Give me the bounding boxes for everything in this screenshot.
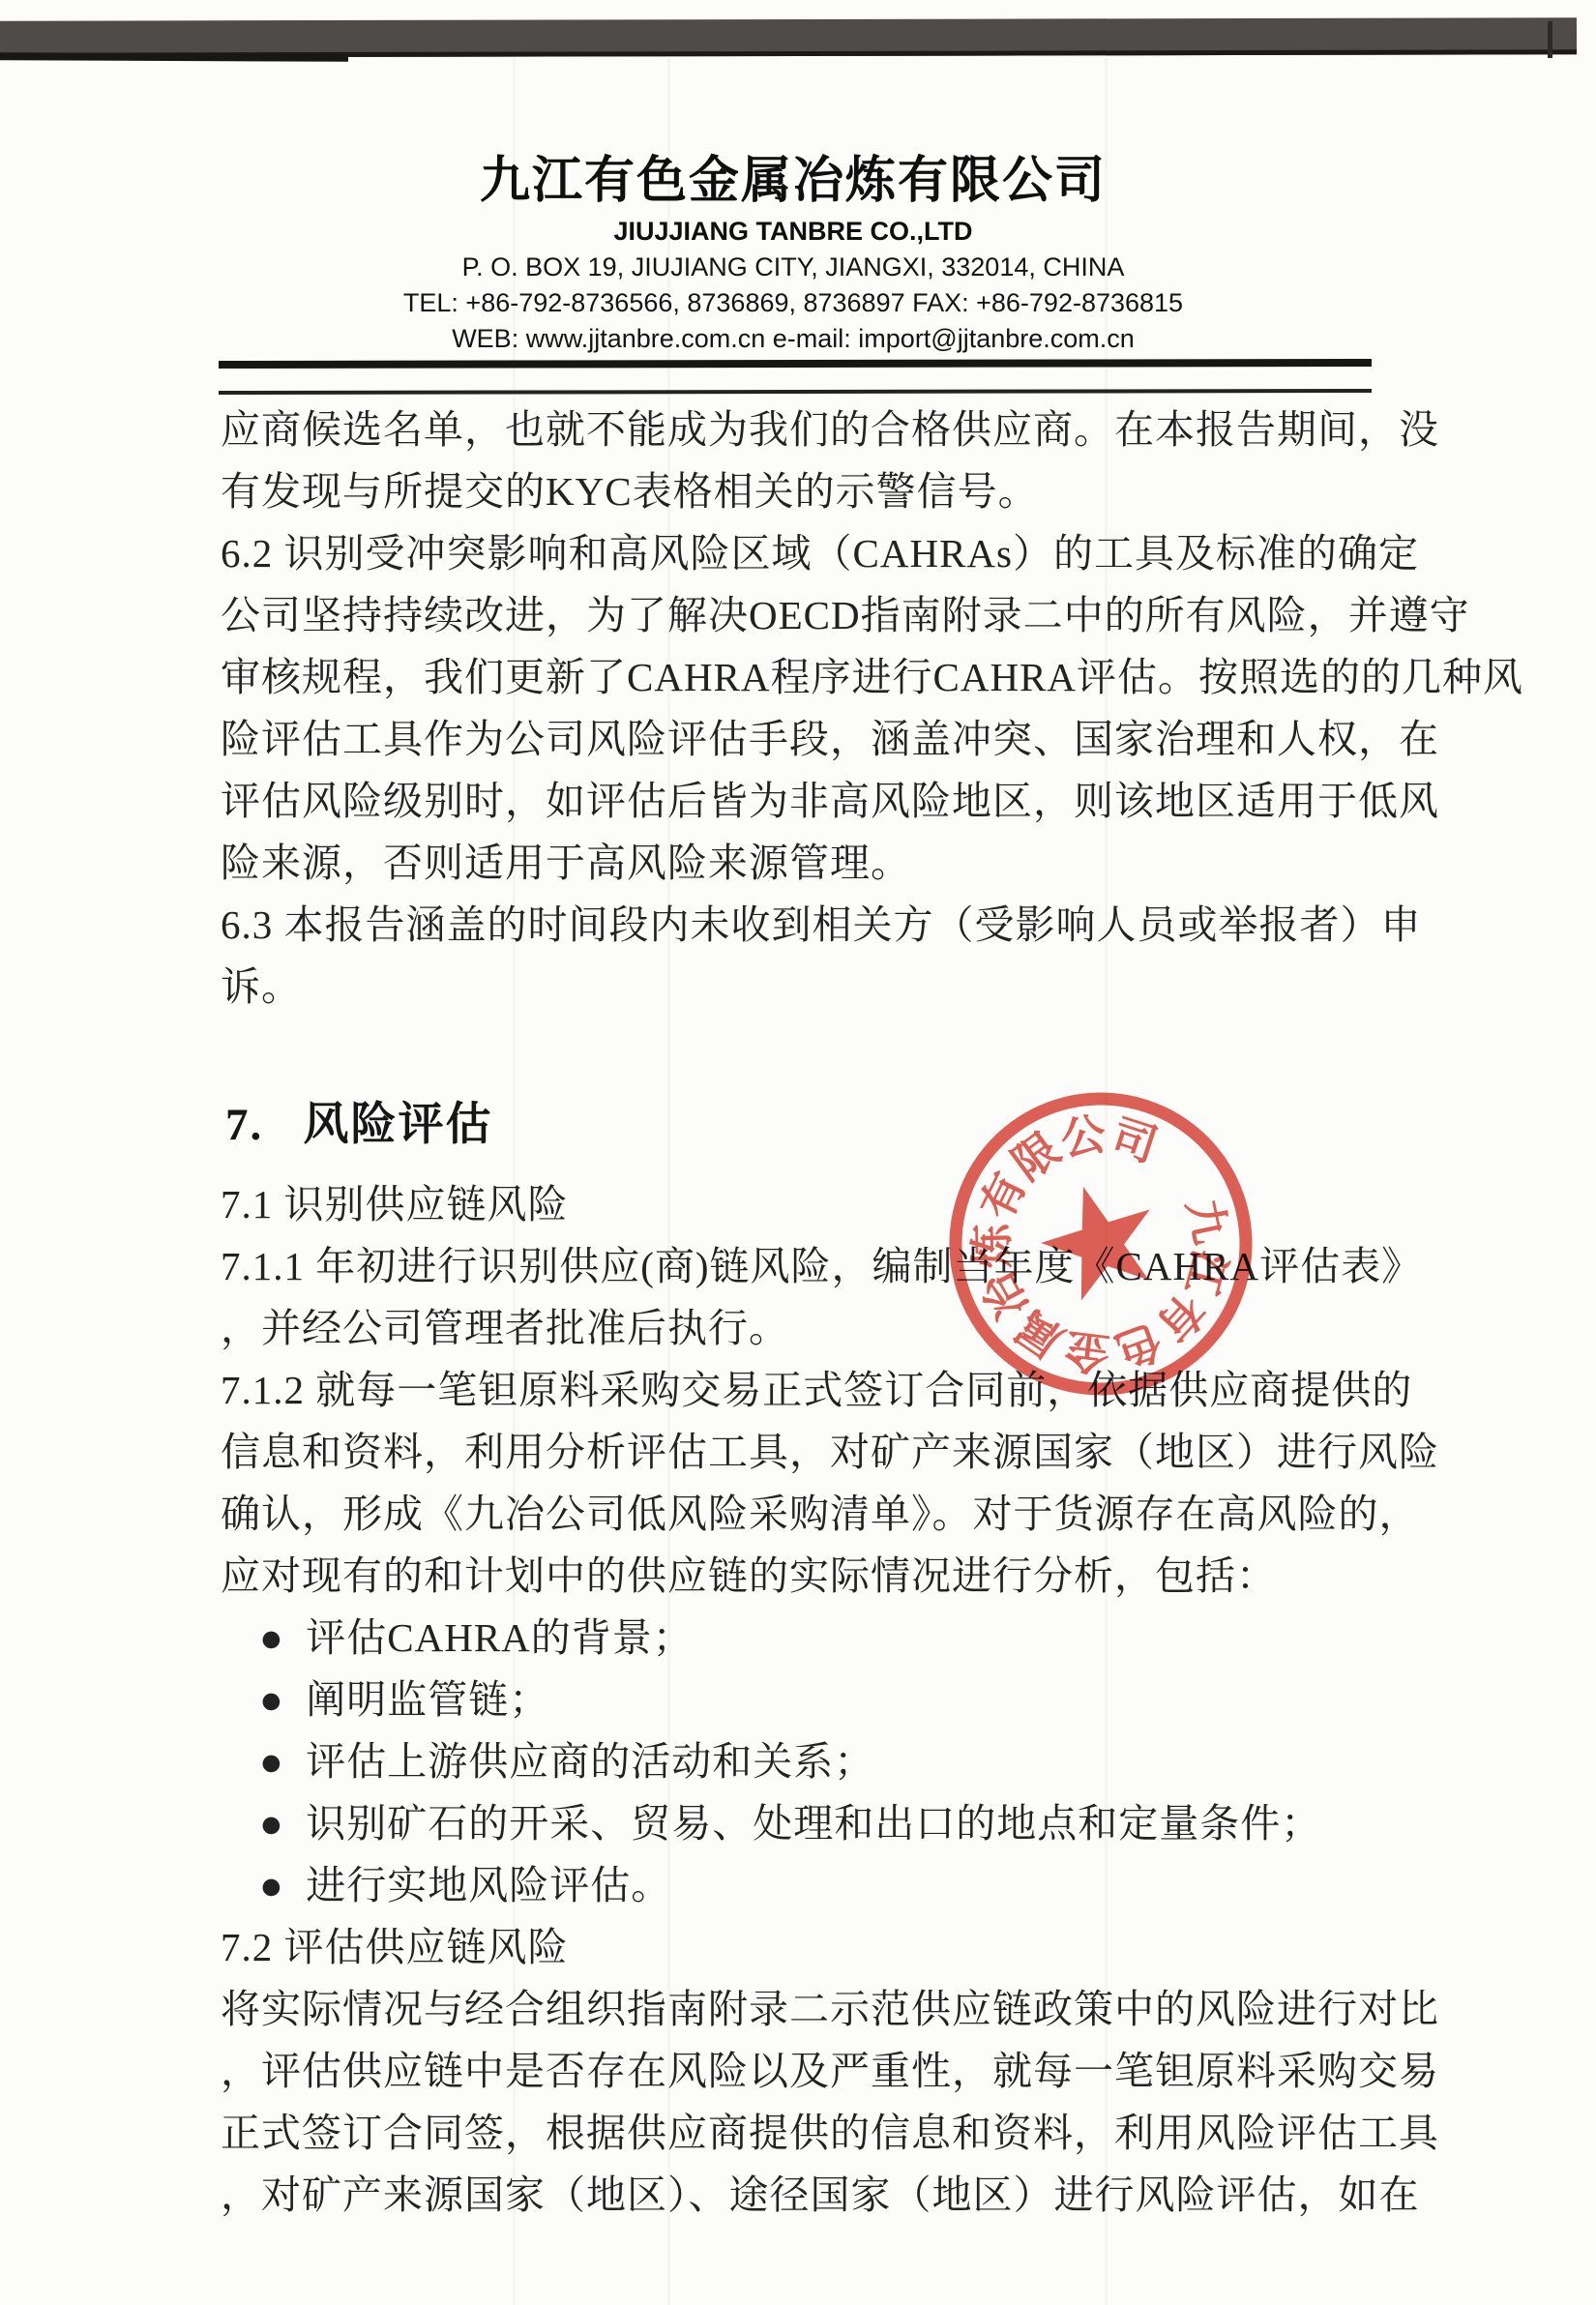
scan-fold-streak bbox=[1105, 58, 1108, 2305]
company-address: P. O. BOX 19, JIUJIANG CITY, JIANGXI, 33… bbox=[164, 250, 1422, 285]
text-line: 险评估工具作为公司风险评估手段，涵盖冲突、国家治理和人权，在 bbox=[221, 708, 1439, 770]
company-phone-fax: TEL: +86-792-8736566, 8736869, 8736897 F… bbox=[164, 285, 1422, 321]
seal-ring-character: 公 bbox=[1057, 1109, 1109, 1166]
text-line: 应对现有的和计划中的供应链的实际情况进行分析，包括： bbox=[221, 1545, 1277, 1607]
company-web-email: WEB: www.jjtanbre.com.cn e-mail: import@… bbox=[164, 321, 1422, 357]
text-line: 信息和资料，利用分析评估工具，对矿产来源国家（地区）进行风险 bbox=[221, 1421, 1439, 1483]
text-line: 应商候选名单，也就不能成为我们的合格供应商。在本报告期间，没 bbox=[221, 399, 1439, 460]
letterhead: 九江有色金属冶炼有限公司 JIUJJIANG TANBRE CO.,LTD P.… bbox=[164, 153, 1422, 357]
seal-ring-character: 司 bbox=[1106, 1110, 1164, 1171]
text-line: 正式签订合同签，根据供应商提供的信息和资料，利用风险评估工具 bbox=[221, 2102, 1439, 2164]
bullet-list-item: ● 阐明监管链； bbox=[259, 1669, 549, 1730]
text-line: 确认，形成《九冶公司低风险采购清单》。对于货源存在高风险的， bbox=[221, 1483, 1420, 1545]
section-heading: 7. 风险评估 bbox=[225, 1094, 493, 1156]
bullet-list-item: ● 评估上游供应商的活动和关系； bbox=[259, 1730, 874, 1792]
text-line: 诉。 bbox=[221, 956, 302, 1018]
text-line: ，评估供应链中是否存在风险以及严重性，就每一笔钽原料采购交易 bbox=[221, 2040, 1439, 2102]
text-line: 审核规程，我们更新了CAHRA程序进行CAHRA评估。按照选的的几种风 bbox=[221, 646, 1523, 708]
bullet-list-item: ● 评估CAHRA的背景； bbox=[259, 1607, 694, 1669]
text-line: 7.1 识别供应链风险 bbox=[221, 1173, 569, 1235]
text-line: 6.2 识别受冲突影响和高风险区域（CAHRAs）的工具及标准的确定 bbox=[221, 522, 1419, 584]
text-line: 6.3 本报告涵盖的时间段内未收到相关方（受影响人员或举报者）申 bbox=[221, 894, 1422, 956]
text-line: ，对矿产来源国家（地区）、途径国家（地区）进行风险评估，如在 bbox=[221, 2164, 1420, 2226]
company-name-cn: 九江有色金属冶炼有限公司 bbox=[164, 153, 1422, 209]
scanned-document-page: { "letterhead": { "company_cn": "九江有色金属冶… bbox=[0, 0, 1596, 2305]
text-line: ，并经公司管理者批准后执行。 bbox=[221, 1297, 789, 1359]
scanner-edge-tick bbox=[1548, 21, 1552, 58]
text-line: 将实际情况与经合组织指南附录二示范供应链政策中的风险进行对比 bbox=[221, 1978, 1439, 2040]
seal-ring-character: 限 bbox=[1004, 1124, 1069, 1190]
text-line: 7.1.2 就每一笔钽原料采购交易正式签订合同前，依据供应商提供的 bbox=[221, 1359, 1412, 1421]
text-line: 7.2 评估供应链风险 bbox=[221, 1916, 569, 1978]
text-line: 公司坚持持续改进，为了解决OECD指南附录二中的所有风险，并遵守 bbox=[221, 584, 1470, 646]
text-line: 险来源，否则适用于高风险来源管理。 bbox=[221, 832, 911, 894]
seal-ring-character: 属 bbox=[1007, 1300, 1072, 1366]
text-line: 7.1.1 年初进行识别供应(商)链风险，编制当年度《CAHRA评估表》 bbox=[221, 1235, 1422, 1297]
scanner-edge-band bbox=[0, 17, 1577, 57]
bullet-list-item: ● 识别矿石的开采、贸易、处理和出口的地点和定量条件； bbox=[259, 1792, 1321, 1854]
scan-fold-streak bbox=[667, 58, 670, 2305]
seal-ring-character: 有 bbox=[971, 1166, 1035, 1227]
letterhead-rule-thin bbox=[219, 389, 1372, 395]
company-name-en: JIUJJIANG TANBRE CO.,LTD bbox=[164, 213, 1422, 250]
bullet-list-item: ● 进行实地风险评估。 bbox=[259, 1854, 671, 1916]
scanner-edge-shadow bbox=[0, 52, 348, 62]
text-line: 有发现与所提交的KYC表格相关的示警信号。 bbox=[221, 460, 1039, 522]
text-line: 评估风险级别时，如评估后皆为非高风险地区，则该地区适用于低风 bbox=[221, 770, 1439, 832]
letterhead-rule-thick bbox=[219, 359, 1372, 369]
